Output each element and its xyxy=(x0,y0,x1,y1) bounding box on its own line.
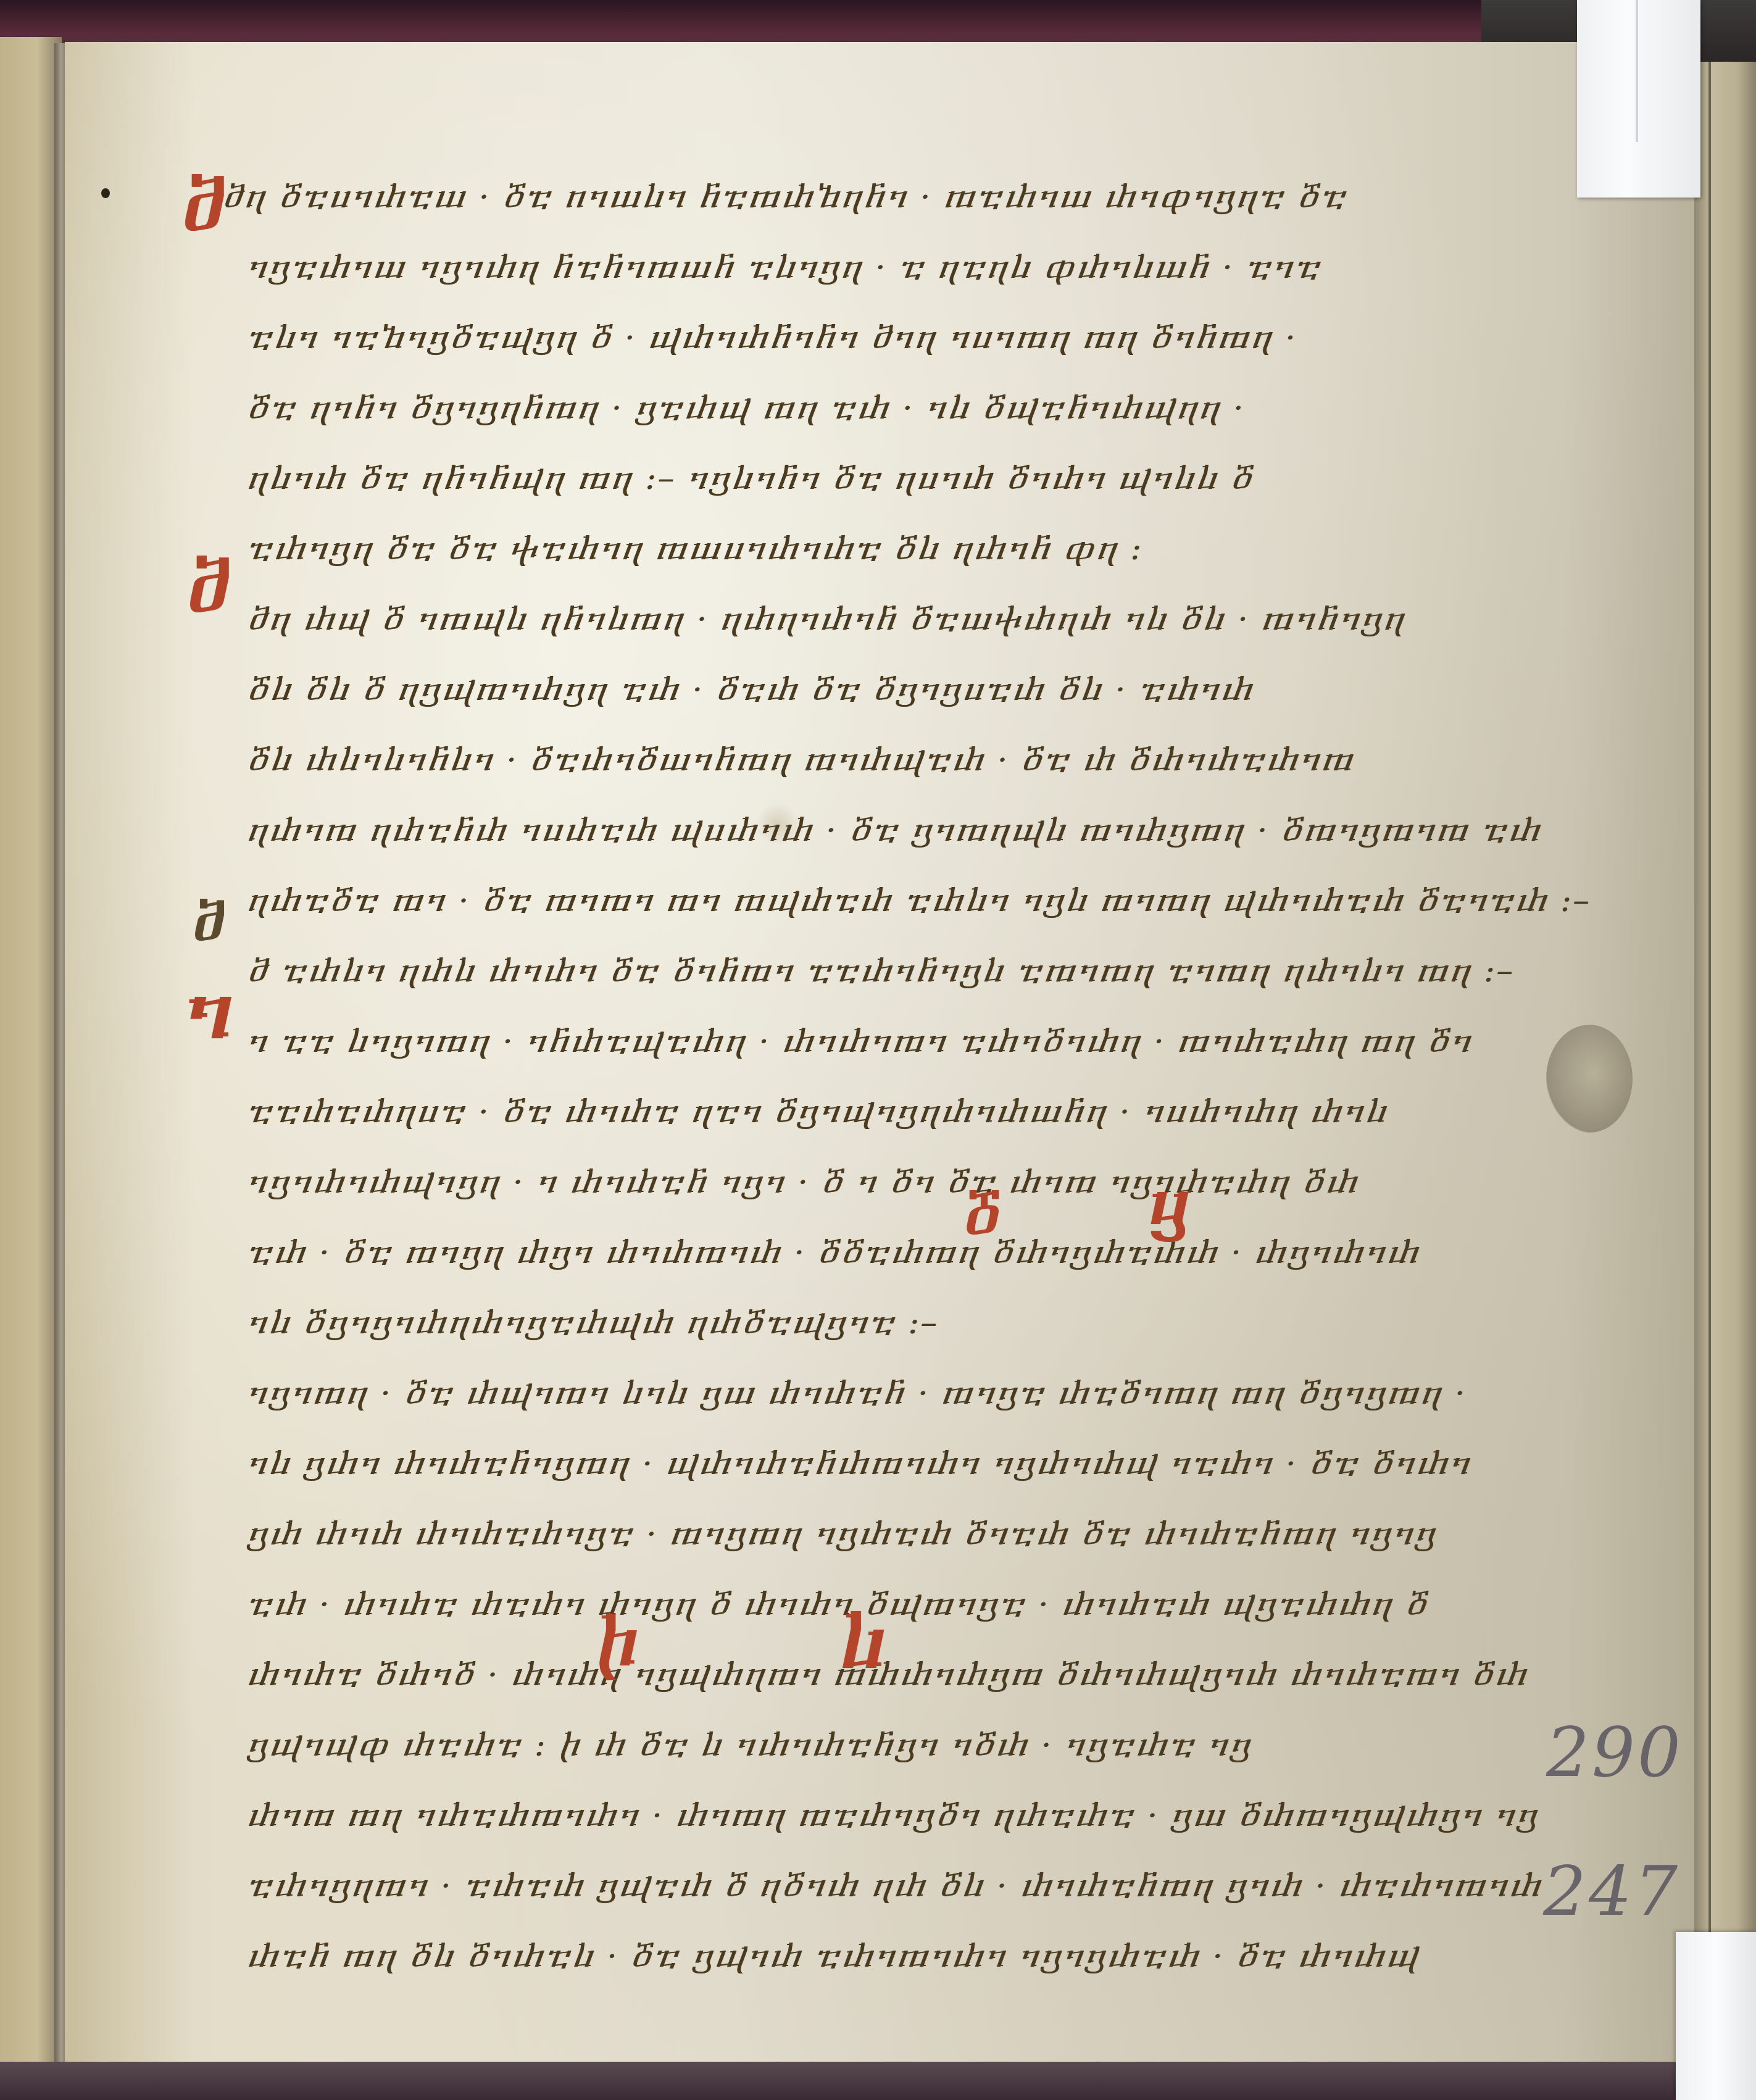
rubricated-initial: ⴋ xyxy=(180,162,227,249)
text-line: ⴀⴀⴐⴀⴐⴄⴎⴀ · ⴃⴀ ⴐⴈⴐⴀ ⴄⴀⴈ ⴃⴂⴈⴓⴈⴂⴄⴐⴈⴐⴍⴌⴄ · ⴈ… xyxy=(179,1077,1463,1147)
text-line: ⴀⴐ · ⴃⴀ ⴊⴈⴂⴄ ⴐⴂⴈ ⴐⴈⴐⴊⴈⴐ · ⴃⴃⴀⴐⴊⴄ ⴃⴐⴈⴂⴐⴀⴐ… xyxy=(179,1217,1463,1288)
text-line: ⴀⴐ · ⴐⴈⴐⴀ ⴐⴀⴐⴈ ⴐⴈⴂⴄ ⴃ ⴐⴈⴐⴈ ⴃⴓⴊⴈⴂⴀ · ⴐⴈⴐⴀ… xyxy=(179,1569,1463,1640)
text-line: ⴀⴑⴈ ⴈⴀⴆⴈⴂⴃⴀⴓⴂⴄ ⴃ · ⴓⴐⴈⴐⴌⴈⴌⴈ ⴋⴈⴄ ⴈⴎⴈⴊⴄ ⴊⴄ… xyxy=(179,302,1463,373)
text-line: ⴈ ⴀⴀ ⴑⴈⴂⴈⴊⴄ · ⴈⴌⴐⴀⴓⴀⴐⴄ · ⴐⴈⴐⴈⴊⴈ ⴀⴐⴈⴃⴈⴐⴄ … xyxy=(179,1006,1463,1077)
rubricated-initial: ⴈ xyxy=(185,963,235,1057)
rubricated-initial: ⴋ xyxy=(185,543,232,630)
text-line: ⴋⴄ ⴐⴓ ⴃ ⴈⴊⴓⴑ ⴄⴌⴈⴑⴊⴄ · ⴄⴐⴄⴈⴐⴈⴌ ⴃⴀⴍⴕⴐⴄⴐ ⴈⴑ… xyxy=(179,584,1463,654)
text-line: ⴈⴂⴀⴐⴈⴍ ⴈⴂⴈⴐⴄ ⴌⴀⴌⴈⴊⴍⴌ ⴀⴑⴈⴂⴄ · ⴀ ⴄⴀⴄⴑ ⴔⴐⴈⴑ… xyxy=(179,232,1463,302)
rubricated-initial: ⴙ xyxy=(596,1602,639,1681)
page-edge-line xyxy=(1708,62,1711,2062)
text-line: ⴈⴂⴈⴐⴈⴐⴓⴈⴂⴄ · ⴈ ⴐⴈⴐⴀⴌ ⴈⴂⴈ · ⴃ ⴈ ⴃⴈ ⴃⴀ ⴐⴈⴊ… xyxy=(179,1147,1463,1217)
text-line: ⴋ ⴀⴐⴑⴈ ⴄⴐⴑ ⴐⴈⴐⴈ ⴃⴀ ⴃⴈⴌⴊⴈ ⴀⴀⴐⴈⴌⴈⴂⴑ ⴀⴊⴈⴊⴄ … xyxy=(179,936,1463,1006)
rubricated-initial: ⴁ xyxy=(1148,1164,1191,1243)
folio-number-pencil-old: 247 xyxy=(1543,1852,1680,1931)
ink-initial: ⴋ xyxy=(191,889,227,954)
text-line: ⴐⴈⴊ ⴊⴄ ⴈⴐⴀⴐⴊⴈⴐⴈ · ⴐⴈⴊⴄ ⴊⴀⴐⴈⴂⴃⴈ ⴄⴐⴀⴐⴀ · ⴂ… xyxy=(179,1780,1463,1851)
text-line: ⴃⴑ ⴐⴑⴈⴑⴈⴌⴑⴈ · ⴃⴀⴐⴈⴃⴍⴈⴌⴊⴄ ⴊⴈⴐⴓⴀⴐ · ⴃⴀ ⴐ ⴃ… xyxy=(179,725,1463,795)
text-line: ⴄⴑⴈⴐ ⴃⴀ ⴄⴌⴈⴌⴓⴄ ⴊⴄ :– ⴈⴂⴑⴈⴌⴈ ⴃⴀ ⴄⴎⴈⴐ ⴃⴈⴐⴈ… xyxy=(179,443,1463,514)
text-line: ⴄⴐⴈⴊ ⴄⴐⴀⴌⴐ ⴈⴎⴐⴀⴐ ⴓⴎⴐⴈⴐ · ⴃⴀ ⴂⴈⴊⴄⴓⴑ ⴊⴈⴐⴂⴊ… xyxy=(179,795,1463,865)
text-line: ⴂⴓⴈⴓⴔ ⴐⴀⴐⴀ : ⴙ ⴐ ⴃⴀ ⴑ ⴈⴐⴈⴐⴀⴌⴂⴈ ⴈⴃⴐ · ⴈⴂⴀ… xyxy=(179,1710,1463,1780)
text-line: ⴋⴄ ⴃⴀⴎⴈⴐⴀⴍ · ⴃⴀ ⴖⴈⴍⴑⴈ ⴌⴀⴊⴐⴆⴄⴌⴈ · ⴊⴀⴐⴈⴍ ⴐ… xyxy=(179,162,1463,232)
text-line: ⴐⴀⴌ ⴊⴄ ⴃⴑ ⴃⴈⴐⴀⴑ · ⴃⴀ ⴂⴓⴈⴐ ⴀⴐⴈⴊⴈⴐⴈ ⴈⴂⴈⴂⴐⴀ… xyxy=(179,1921,1463,1991)
paper-bookmark-tab-bottom xyxy=(1676,1932,1756,2100)
paper-bookmark-tab-top xyxy=(1577,0,1700,198)
folio-number-pencil: 290 xyxy=(1546,1713,1683,1792)
page-stack-edge xyxy=(1694,62,1756,2074)
text-line: ⴈⴂⴈⴊⴄ · ⴃⴀ ⴐⴓⴈⴊⴈ ⴑⴈⴑ ⴂⴍ ⴐⴈⴐⴀⴌ · ⴊⴈⴂⴀ ⴐⴀⴃ… xyxy=(179,1358,1463,1428)
rubricated-initial: ⴃ xyxy=(963,1179,1002,1249)
rubricated-initial: ⴑ xyxy=(839,1599,887,1686)
text-line: ⴃⴑ ⴃⴑ ⴃ ⴄⴂⴓⴊⴈⴐⴂⴄ ⴀⴐ · ⴃⴀⴐ ⴃⴀ ⴃⴂⴈⴂⴎⴀⴐ ⴃⴑ … xyxy=(179,654,1463,725)
facing-page-edge xyxy=(0,37,62,2074)
parchment-stain xyxy=(1546,1025,1633,1133)
binding-backdrop-bottom xyxy=(0,2062,1756,2100)
text-line: ⴐⴈⴐⴀ ⴃⴐⴈⴃ · ⴐⴈⴐⴄ ⴈⴂⴓⴐⴄⴊⴈ ⴊⴐⴐⴈⴐⴂⴊ ⴃⴐⴈⴐⴓⴂⴈ… xyxy=(179,1640,1463,1710)
margin-ink-dot xyxy=(101,188,110,198)
manuscript-text-block: ⴋⴄ ⴃⴀⴎⴈⴐⴀⴍ · ⴃⴀ ⴖⴈⴍⴑⴈ ⴌⴀⴊⴐⴆⴄⴌⴈ · ⴊⴀⴐⴈⴍ ⴐ… xyxy=(179,162,1463,1991)
text-line: ⴀⴐⴈⴂⴄ ⴃⴀ ⴃⴀ ⴕⴀⴐⴈⴄ ⴊⴍⴎⴈⴐⴈⴐⴀ ⴃⴑ ⴄⴐⴈⴌ ⴔⴄ : xyxy=(179,514,1463,584)
text-line: ⴃⴀ ⴄⴈⴌⴈ ⴃⴂⴈⴂⴄⴌⴊⴄ · ⴂⴀⴐⴓ ⴊⴄ ⴀⴐ · ⴈⴑ ⴃⴓⴀⴌⴈ… xyxy=(179,373,1463,443)
text-line: ⴄⴐⴀⴃⴀ ⴊⴈ · ⴃⴀ ⴊⴈⴊⴈ ⴊⴈ ⴊⴓⴐⴀⴐ ⴀⴐⴑⴈ ⴈⴂⴑ ⴊⴈⴊ… xyxy=(179,865,1463,936)
text-line: ⴈⴑ ⴃⴂⴈⴂⴈⴐⴄⴐⴈⴂⴀⴐⴓⴐ ⴄⴐⴃⴀⴓⴂⴈⴀ :– xyxy=(179,1288,1463,1358)
text-line: ⴂⴐ ⴐⴈⴐ ⴐⴈⴐⴀⴐⴈⴂⴀ · ⴊⴈⴂⴊⴄ ⴈⴂⴐⴀⴐ ⴃⴈⴀⴐ ⴃⴀ ⴐⴈ… xyxy=(179,1499,1463,1569)
text-line: ⴀⴐⴈⴂⴄⴊⴈ · ⴀⴐⴀⴐ ⴂⴓⴀⴐ ⴃ ⴄⴃⴈⴐ ⴄⴐ ⴃⴑ · ⴐⴈⴐⴀⴌ… xyxy=(179,1851,1463,1921)
text-line: ⴈⴑ ⴂⴐⴈ ⴐⴈⴐⴀⴌⴈⴂⴊⴄ · ⴓⴐⴈⴐⴀⴌⴐⴊⴈⴐⴈ ⴈⴂⴐⴈⴐⴓ ⴈⴀ… xyxy=(179,1428,1463,1499)
